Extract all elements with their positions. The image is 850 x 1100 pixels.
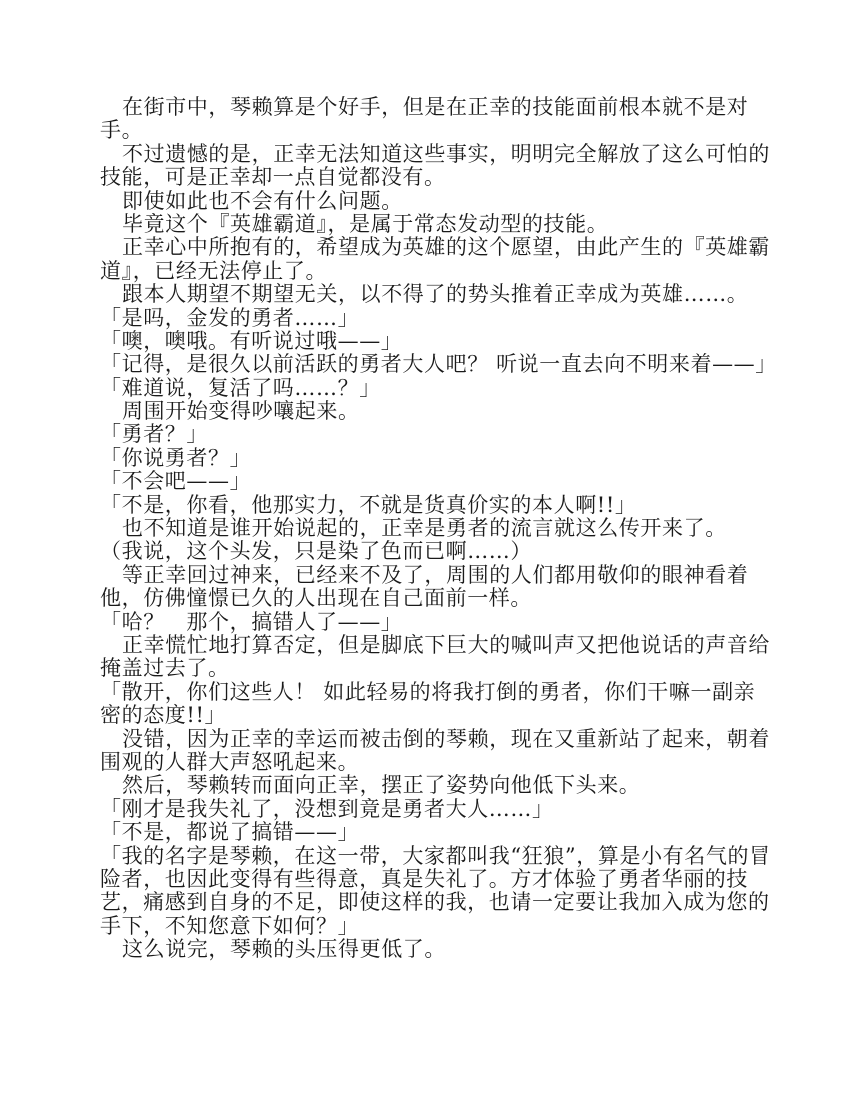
thought-line: （我说，这个头发，只是染了色而已啊……） — [100, 540, 750, 563]
dialogue-line: 「是吗，金发的勇者……」 — [100, 307, 750, 330]
text-line: 等正幸回过神来，已经来不及了，周围的人们都用敬仰的眼神看着 — [100, 564, 750, 587]
text-line: 围观的人群大声怒吼起来。 — [100, 751, 750, 774]
dialogue-line: 「你说勇者？」 — [100, 447, 750, 470]
dialogue-line: 艺，痛感到自身的不足，即使这样的我，也请一定要让我加入成为您的 — [100, 891, 750, 914]
dialogue-line: 「散开，你们这些人！ 如此轻易的将我打倒的勇者，你们干嘛一副亲 — [100, 681, 750, 704]
dialogue-line: 密的态度!!」 — [100, 704, 750, 727]
dialogue-line: 「难道说，复活了吗……？」 — [100, 377, 750, 400]
text-line: 周围开始变得吵嚷起来。 — [100, 400, 750, 423]
text-line: 跟本人期望不期望无关，以不得了的势头推着正幸成为英雄……。 — [100, 283, 750, 306]
text-line: 在街市中，琴赖算是个好手，但是在正幸的技能面前根本就不是对 — [100, 96, 750, 119]
text-line: 手。 — [100, 119, 750, 142]
text-line: 他，仿佛憧憬已久的人出现在自己面前一样。 — [100, 587, 750, 610]
dialogue-line: 「不是，都说了搞错——」 — [100, 821, 750, 844]
text-line: 不过遗憾的是，正幸无法知道这些事实，明明完全解放了这么可怕的 — [100, 143, 750, 166]
text-line: 毕竟这个『英雄霸道』，是属于常态发动型的技能。 — [100, 213, 750, 236]
dialogue-line: 险者，也因此变得有些得意，真是失礼了。方才体验了勇者华丽的技 — [100, 868, 750, 891]
dialogue-line: 手下，不知您意下如何？」 — [100, 915, 750, 938]
dialogue-line: 「记得，是很久以前活跃的勇者大人吧？ 听说一直去向不明来着——」 — [100, 353, 750, 376]
text-line: 即使如此也不会有什么问题。 — [100, 190, 750, 213]
dialogue-line: 「刚才是我失礼了，没想到竟是勇者大人……」 — [100, 798, 750, 821]
dialogue-line: 「勇者？」 — [100, 423, 750, 446]
dialogue-line: 「不会吧——」 — [100, 470, 750, 493]
text-line: 也不知道是谁开始说起的，正幸是勇者的流言就这么传开来了。 — [100, 517, 750, 540]
dialogue-line: 「哈？ 那个，搞错人了——」 — [100, 611, 750, 634]
document-page: 在街市中，琴赖算是个好手，但是在正幸的技能面前根本就不是对 手。 不过遗憾的是，… — [100, 96, 750, 961]
text-line: 道』，已经无法停止了。 — [100, 260, 750, 283]
dialogue-line: 「不是，你看，他那实力，不就是货真价实的本人啊!!」 — [100, 494, 750, 517]
text-line: 掩盖过去了。 — [100, 657, 750, 680]
text-line: 没错，因为正幸的幸运而被击倒的琴赖，现在又重新站了起来，朝着 — [100, 728, 750, 751]
text-line: 技能，可是正幸却一点自觉都没有。 — [100, 166, 750, 189]
text-line: 正幸慌忙地打算否定，但是脚底下巨大的喊叫声又把他说话的声音给 — [100, 634, 750, 657]
text-line: 然后，琴赖转而面向正幸，摆正了姿势向他低下头来。 — [100, 774, 750, 797]
text-line: 正幸心中所抱有的，希望成为英雄的这个愿望，由此产生的『英雄霸 — [100, 236, 750, 259]
dialogue-line: 「我的名字是琴赖，在这一带，大家都叫我“狂狼”，算是小有名气的冒 — [100, 845, 750, 868]
dialogue-line: 「噢，噢哦。有听说过哦——」 — [100, 330, 750, 353]
text-line: 这么说完，琴赖的头压得更低了。 — [100, 938, 750, 961]
